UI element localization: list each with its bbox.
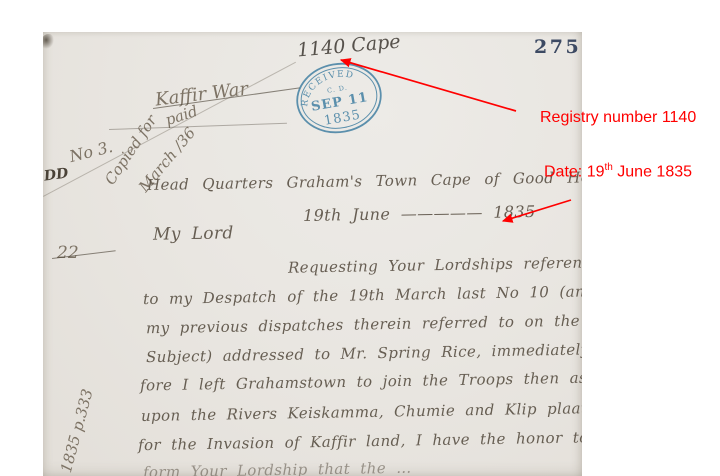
letter-line: 19th June ————— 1835	[303, 202, 536, 225]
slide-canvas: 275 1140 Cape RECEIVED C. D. SEP 11 1835…	[0, 0, 720, 476]
crossed-number: 22	[57, 243, 79, 263]
margin-scribble: DD	[43, 165, 69, 184]
letter-line: to my Despatch of the 19th March last No…	[143, 282, 582, 308]
date-label-prefix: Date: 19	[544, 163, 604, 180]
document-scan: 275 1140 Cape RECEIVED C. D. SEP 11 1835…	[43, 32, 582, 476]
date-label-ordinal: th	[604, 162, 612, 173]
date-label-suffix: June 1835	[613, 163, 692, 180]
date-annotation-label: Date: 19th June 1835	[544, 162, 692, 181]
letter-line: Head Quarters Graham's Town Cape of Good…	[147, 168, 582, 194]
letter-line-cutoff: form Your Lordship that the …	[143, 459, 412, 476]
letter-line: my previous dispatches therein referred …	[146, 311, 582, 337]
shelfmark-vertical: 1835 p.333	[57, 387, 97, 475]
ink-blot	[43, 34, 54, 49]
registry-annotation-label: Registry number 1140	[540, 109, 696, 127]
letter-line: Requesting Your Lordships reference	[288, 253, 582, 276]
letter-line: fore I left Grahamstown to join the Troo…	[140, 367, 582, 394]
letter-line: My Lord	[153, 223, 234, 244]
letter-line: upon the Rivers Keiskamma, Chumie and Kl…	[141, 399, 582, 425]
folio-number: 275	[534, 36, 581, 58]
letter-line: Subject) addressed to Mr. Spring Rice, i…	[146, 340, 582, 366]
letter-line: for the Invasion of Kaffir land, I have …	[138, 428, 582, 454]
received-stamp: RECEIVED C. D. SEP 11 1835	[287, 53, 391, 144]
